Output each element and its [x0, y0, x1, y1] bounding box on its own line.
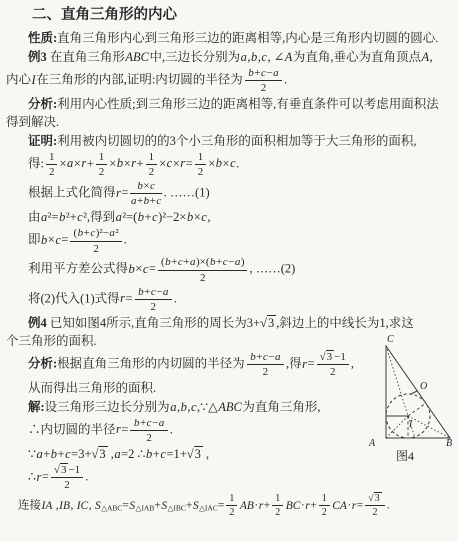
bold-label: 例3 — [28, 50, 47, 64]
section-heading: 二、直角三角形的内心 — [6, 6, 454, 25]
math-var: a — [41, 210, 48, 224]
fraction-numerator: b+c−a — [245, 67, 282, 81]
math-var: b — [186, 210, 193, 224]
math-var: b — [137, 210, 144, 224]
math-var: r — [302, 357, 308, 371]
math-var: IB — [59, 500, 71, 512]
math-var: b — [251, 50, 258, 64]
sqrt-radical: √3 — [260, 315, 276, 330]
fraction: √32 — [365, 493, 385, 518]
fraction-denominator: 2 — [317, 365, 349, 378]
math-var: b — [137, 180, 144, 192]
math-var: c — [230, 156, 237, 170]
substitute-line: 将(2)代入(1)式得r=b+c−a2. — [6, 286, 454, 314]
example3-line2: 内心I在三角形的内部,证明:内切圆的半径为b+c−a2. — [6, 67, 454, 95]
fraction-denominator: 2 — [245, 81, 282, 94]
sqrt-radical: √3 — [54, 463, 69, 476]
fraction-numerator: (b+c)²−a² — [70, 227, 121, 241]
math-var: c — [142, 262, 149, 276]
math-var: A — [421, 50, 430, 64]
fraction-numerator: b+c−a — [247, 351, 284, 365]
math-var: c — [150, 286, 156, 298]
fraction-denominator: 2 — [247, 365, 284, 378]
math-var: b — [180, 400, 187, 414]
math-var: b — [138, 286, 145, 298]
triangle-subscript: △ABC — [101, 504, 122, 513]
fraction: 12 — [146, 151, 158, 179]
sqrt-radical: √3 — [320, 350, 335, 363]
math-var: c — [77, 210, 84, 224]
fraction: b+c−a2 — [247, 351, 284, 379]
math-var: c — [262, 351, 268, 363]
triangle-subscript: △IAC — [199, 504, 218, 513]
math-var: r — [180, 156, 186, 170]
math-var: c — [222, 256, 228, 268]
example4-line1: 例4 已知如图4所示,直角三角形的周长为3+√3,斜边上的中线长为1,求这 — [6, 315, 454, 332]
math-var: a — [67, 156, 74, 170]
fraction-numerator: 1 — [96, 151, 108, 165]
bold-label: 分析: — [28, 357, 57, 371]
math-var: S — [161, 500, 168, 512]
math-var: a — [115, 210, 122, 224]
math-var: c — [261, 50, 268, 64]
solution-line2: ∴内切圆的半径r=b+c−a2. — [6, 417, 380, 445]
bc-value-line: 即b×c=(b+c)²−a²2. — [6, 227, 454, 255]
math-var: IA — [41, 500, 53, 512]
fraction-numerator: b+c−a — [135, 286, 172, 300]
sqrt-radical: √3 — [92, 446, 108, 461]
math-var: c — [166, 156, 173, 170]
fraction: b×ca+b+c — [130, 180, 161, 208]
fraction-numerator: √3−1 — [317, 351, 349, 365]
fraction-numerator: √3 — [365, 493, 385, 506]
fraction: b+c−a2 — [130, 417, 167, 445]
fraction-numerator: √3−1 — [51, 464, 83, 478]
radicand: 3 — [267, 315, 276, 330]
math-var: c — [150, 180, 156, 192]
math-var: b — [209, 256, 216, 268]
math-var: r — [351, 500, 356, 512]
solution-line4: ∴r=√3−12. — [6, 464, 380, 492]
analysis3-line1: 分析:利用内心性质;到三角形三边的距离相等,有垂直条件可以考虑用面积法 — [6, 96, 454, 113]
math-var: r — [81, 156, 87, 170]
document-body: 二、直角三角形的内心性质:直角三角形内心到三角形三边的距离相等,内心是三角形内切… — [0, 0, 458, 519]
math-var: IC — [76, 500, 89, 512]
math-var: a — [36, 447, 43, 461]
math-var: ABC — [218, 400, 243, 414]
fraction: 12 — [96, 151, 108, 179]
example3-line1: 例3 在直角三角形ABC中,三边长分别为a,b,c, ∠A为直角,垂心为直角顶点… — [6, 49, 454, 66]
math-var: r — [36, 470, 42, 484]
bold-label: 分析: — [28, 97, 57, 111]
math-var: b — [165, 256, 172, 268]
radicand: 3 — [194, 446, 203, 461]
area-equation-line: 得:12×a×r+12×b×r+12×c×r=12×b×c. — [6, 151, 454, 179]
math-var: r — [116, 422, 122, 436]
math-var: b — [133, 417, 140, 429]
fraction-numerator: 1 — [146, 151, 158, 165]
math-var: b — [41, 233, 48, 247]
math-var: a — [170, 400, 177, 414]
proof-line: 证明:利用被内切圆切的的3个小三角形的面积相加等于大三角形的面积, — [6, 133, 454, 150]
math-var: c — [177, 256, 183, 268]
math-var: c — [90, 227, 96, 239]
math-var: b — [59, 210, 66, 224]
math-var: a — [275, 351, 282, 363]
fraction: (b+c)²−a²2 — [70, 227, 121, 255]
fraction: √3−12 — [317, 351, 349, 379]
math-var: r — [258, 500, 263, 512]
fraction-numerator: 1 — [319, 493, 330, 506]
triangle-subscript: △IAB — [136, 504, 155, 513]
math-var: b — [143, 195, 150, 207]
fraction-denominator: 2 — [319, 506, 330, 518]
math-var: c — [152, 210, 159, 224]
bold-label: 证明: — [28, 134, 57, 148]
math-var: r — [131, 156, 137, 170]
solution-line3: ∵a+b+c=3+√3 ,a=2 ∴b+c=1+√3 , — [6, 446, 380, 463]
fraction: 12 — [226, 493, 237, 518]
radical-sign: √ — [260, 316, 267, 330]
property-line: 性质:直角三角形内心到三角形三边的距离相等,内心是三角形内切圆的圆心. — [6, 30, 454, 47]
fraction: 12 — [319, 493, 330, 518]
fraction-denominator: 2 — [272, 506, 283, 518]
radical-sign: √ — [320, 351, 326, 363]
fraction-denominator: 2 — [365, 506, 385, 518]
math-var: I — [31, 73, 36, 87]
fraction: b+c−a2 — [135, 286, 172, 314]
math-var: r — [120, 291, 126, 305]
fraction: 12 — [272, 493, 283, 518]
bold-label: 解: — [28, 400, 45, 414]
analysis4-line1: 分析:根据直角三角形的内切圆的半径为b+c−a2,得r=√3−12, — [6, 351, 380, 379]
fraction-denominator: a+b+c — [130, 194, 161, 207]
math-var: r — [305, 500, 310, 512]
math-var: a — [234, 256, 241, 268]
math-var: a — [162, 286, 169, 298]
radicand: 3 — [374, 492, 382, 504]
math-var: a — [240, 50, 247, 64]
fraction: b+c−a2 — [245, 67, 282, 95]
fraction-denominator: 2 — [70, 242, 121, 255]
fraction-numerator: b+c−a — [130, 417, 167, 431]
math-var: a — [114, 447, 121, 461]
fraction-numerator: 1 — [272, 493, 283, 506]
math-var: b — [250, 351, 257, 363]
fraction-numerator: 1 — [46, 151, 58, 165]
fraction-denominator: 2 — [130, 431, 167, 444]
fraction: √3−12 — [51, 464, 83, 492]
math-var: r — [116, 186, 122, 200]
math-var: b — [248, 67, 255, 79]
radical-sign: √ — [187, 447, 194, 461]
math-var: a — [109, 227, 116, 239]
math-var: S — [129, 500, 136, 512]
math-var: A — [284, 50, 293, 64]
fraction-denominator: 2 — [158, 271, 248, 284]
radicand: 3 — [60, 463, 69, 476]
bold-label: 性质: — [28, 31, 57, 45]
math-var: a — [189, 256, 196, 268]
fraction-denominator: 2 — [195, 165, 207, 178]
math-var: c — [55, 233, 62, 247]
fraction-denominator: 2 — [135, 300, 172, 313]
equation1-line: 根据上式化简得r=b×ca+b+c. ……(1) — [6, 180, 454, 208]
math-var: b — [77, 227, 84, 239]
math-var: a — [273, 67, 280, 79]
fraction-numerator: b×c — [130, 180, 161, 194]
sqrt-radical: √3 — [368, 492, 382, 504]
math-var: c — [261, 67, 267, 79]
fraction-numerator: 1 — [226, 493, 237, 506]
math-var: c — [160, 447, 167, 461]
bold-label: 二、直角三角形的内心 — [32, 7, 177, 23]
equation2-line: 利用平方差公式得b×c=(b+c+a)×(b+c−a)2, ……(2) — [6, 256, 454, 284]
radicand: 3 — [326, 350, 335, 363]
fraction-numerator: (b+c+a)×(b+c−a) — [158, 256, 248, 270]
math-var: c — [146, 417, 152, 429]
math-var: b — [215, 156, 222, 170]
fraction-denominator: 2 — [51, 478, 83, 491]
bold-label: 例4 — [28, 316, 47, 330]
radicand: 3 — [98, 446, 107, 461]
fraction-denominator: 2 — [146, 165, 158, 178]
math-var: ABC — [125, 50, 150, 64]
fraction-denominator: 2 — [46, 165, 58, 178]
fraction: 12 — [46, 151, 58, 179]
analysis4-line2: 从而得出三角形的面积. — [6, 380, 380, 397]
math-var: c — [190, 400, 197, 414]
math-var: c — [156, 195, 162, 207]
analysis3-line2: 得到解决. — [6, 114, 454, 131]
fraction-denominator: 2 — [96, 165, 108, 178]
fraction-numerator: 1 — [195, 151, 207, 165]
math-var: c — [65, 447, 72, 461]
sqrt-radical: √3 — [187, 446, 203, 461]
triangle-subscript: △IBC — [168, 504, 186, 513]
math-var: b — [116, 156, 123, 170]
math-var: BC — [285, 500, 301, 512]
radical-sign: √ — [368, 493, 374, 504]
fraction: (b+c+a)×(b+c−a)2 — [158, 256, 248, 284]
pythagoras-line: 由a²=b²+c²,得到a²=(b+c)²−2×b×c, — [6, 209, 454, 226]
fraction: 12 — [195, 151, 207, 179]
math-var: b — [128, 262, 135, 276]
math-var: AB — [239, 500, 254, 512]
math-var: b — [146, 447, 153, 461]
math-var: a — [130, 195, 137, 207]
math-var: b — [50, 447, 57, 461]
math-var: a — [158, 417, 165, 429]
example4-line2: 个三角形的面积. — [6, 333, 454, 350]
math-var: CA — [332, 500, 348, 512]
fraction-denominator: 2 — [226, 506, 237, 518]
solution-line1: 解:设三角形三边长分别为a,b,c,∵△ABC为直角三角形, — [6, 399, 380, 416]
math-var: c — [201, 210, 208, 224]
conclusion-line: 连接IA ,IB, IC, S△ABC=S△IAB+S△IBC+S△IAC=12… — [6, 493, 454, 518]
